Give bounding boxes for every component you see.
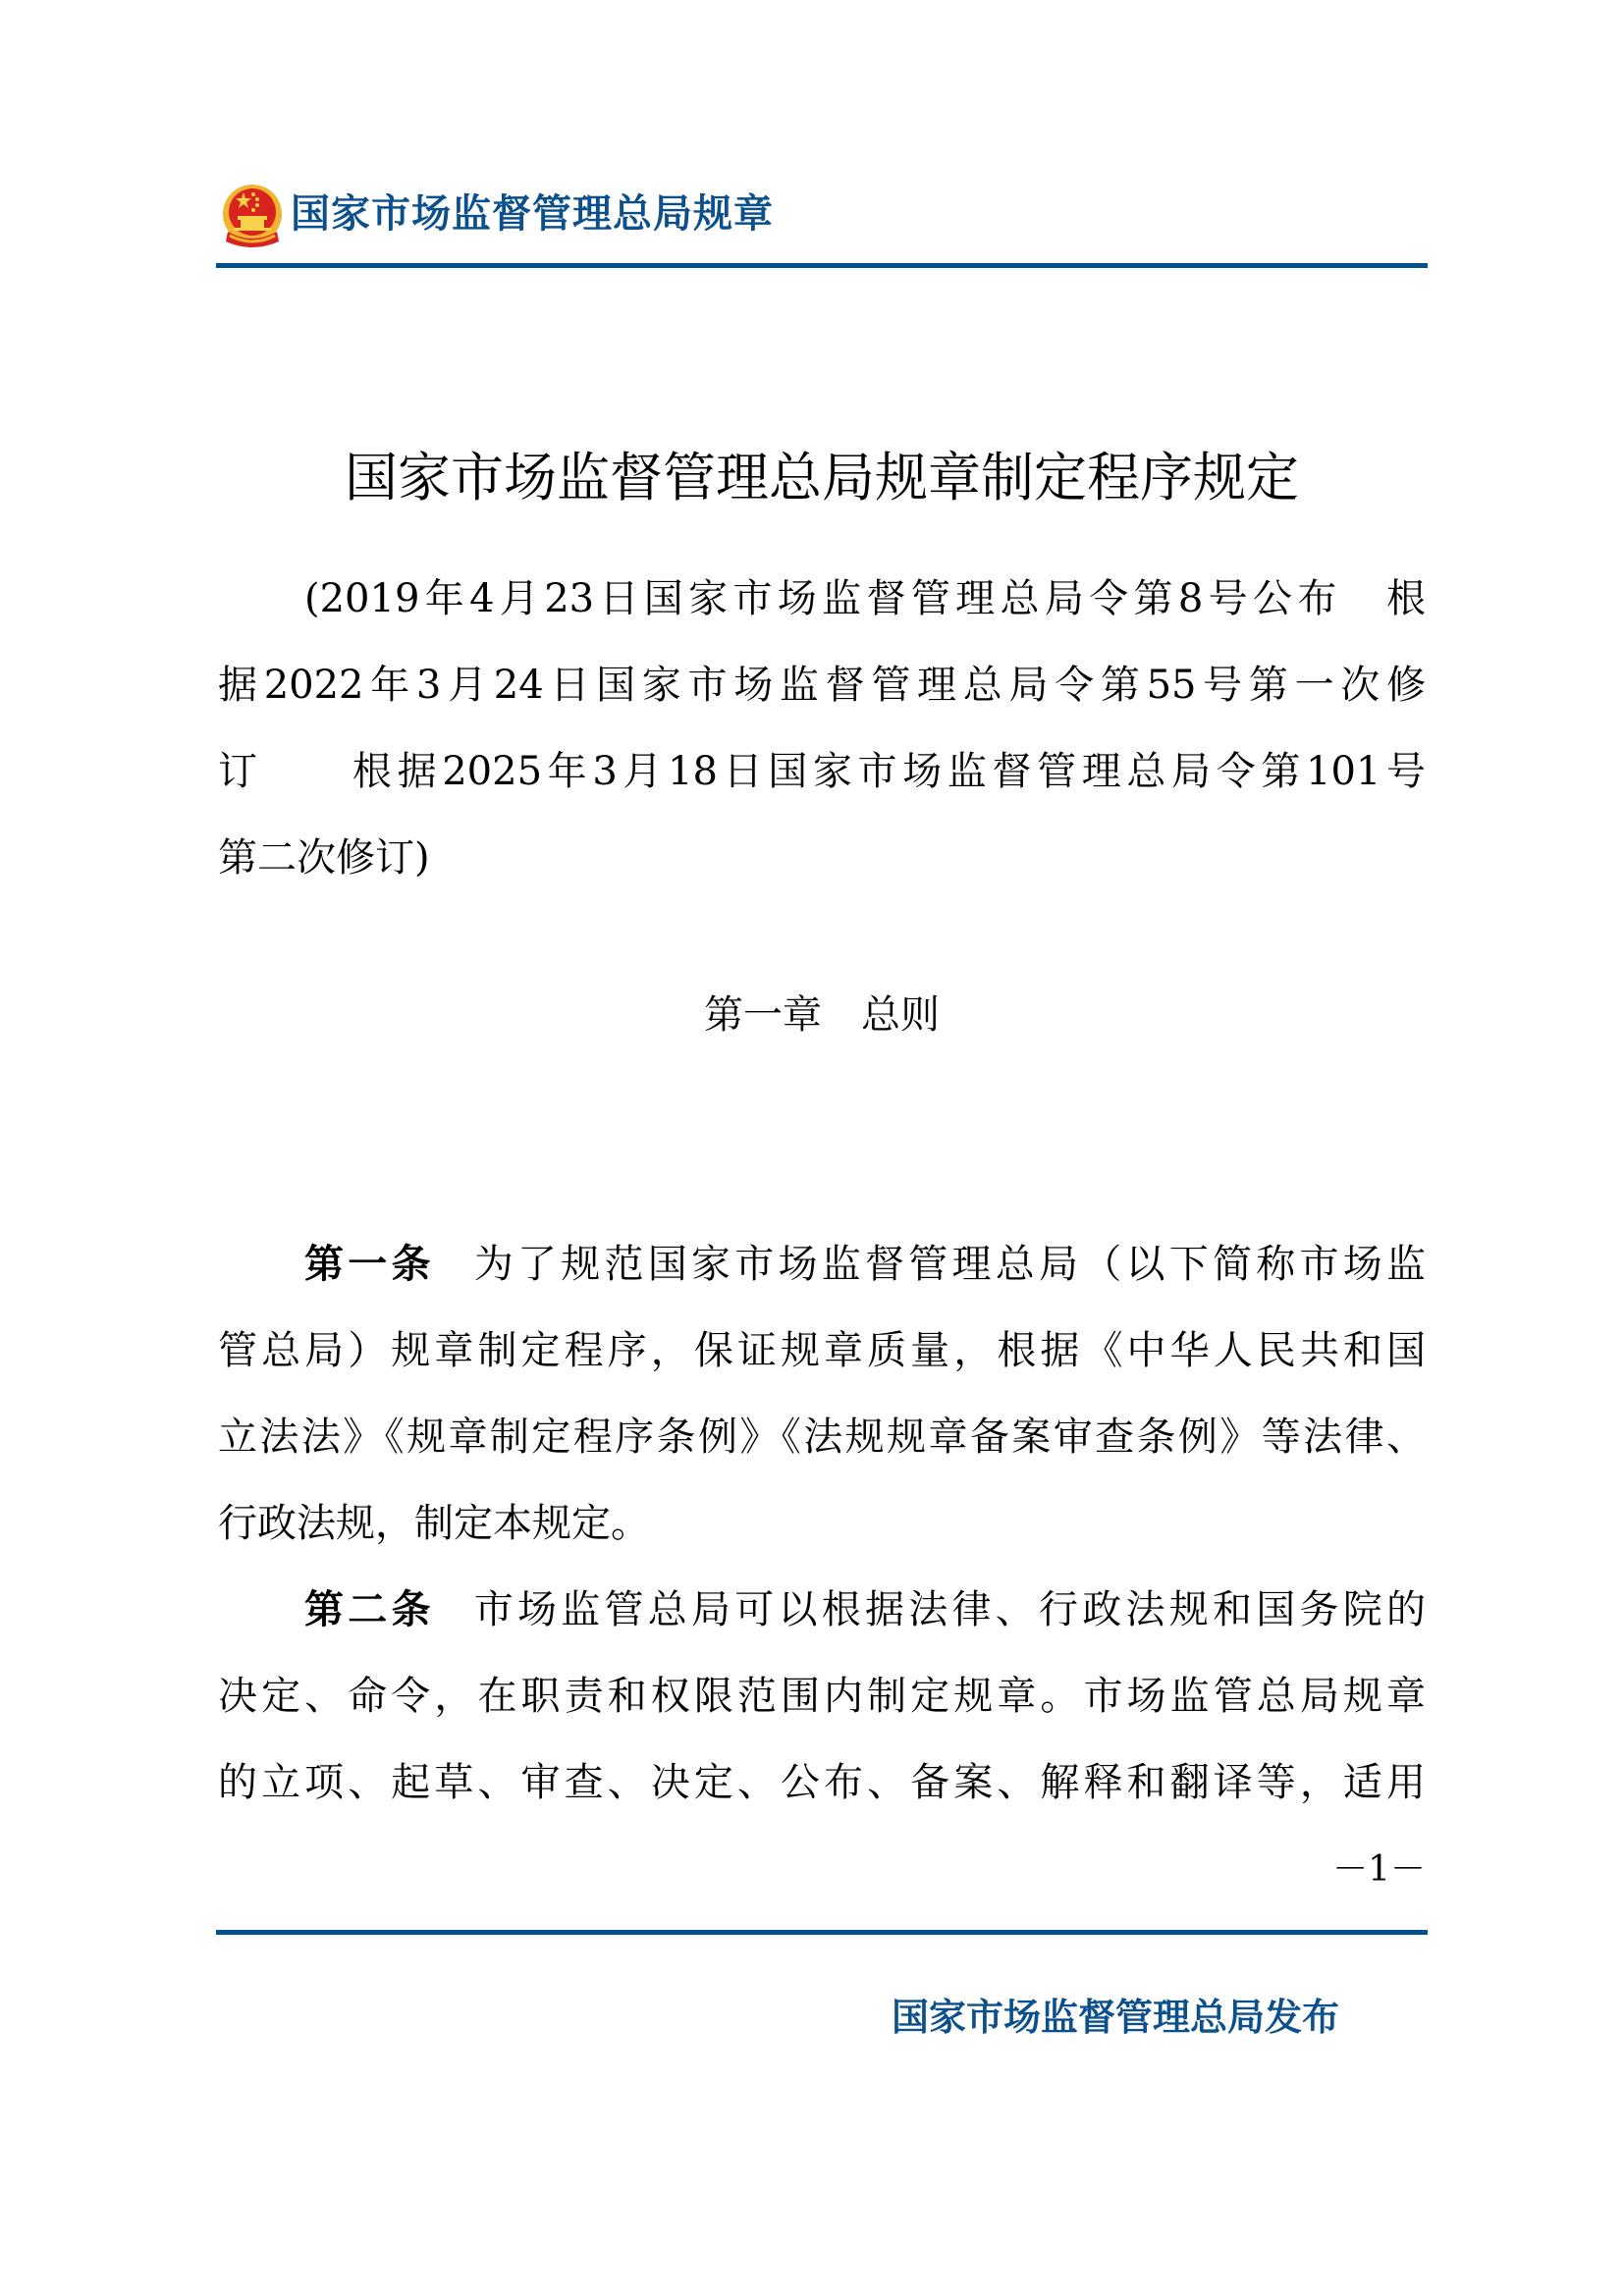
chapter-heading: 第一章 总则 (216, 989, 1428, 1041)
national-emblem-icon (220, 183, 285, 249)
revision-note: (2019年4月23日国家市场监督管理总局令第8号公布 根 据2022年3月24… (218, 556, 1426, 901)
page-number: －1－ (1306, 1847, 1426, 1893)
article-line: 第二条市场监管总局可以根据法律、行政法规和国务院的 (218, 1567, 1426, 1653)
revision-note-line: (2019年4月23日国家市场监督管理总局令第8号公布 根 (218, 556, 1426, 642)
article-2: 第二条市场监管总局可以根据法律、行政法规和国务院的 决定、命令，在职责和权限范围… (218, 1567, 1426, 1826)
article-line: 管总局）规章制定程序，保证规章质量，根据《中华人民共和国 (218, 1308, 1426, 1394)
article-line: 决定、命令，在职责和权限范围内制定规章。市场监管总局规章 (218, 1653, 1426, 1739)
document-title: 国家市场监督管理总局规章制定程序规定 (216, 444, 1428, 512)
article-line: 第一条为了规范国家市场监督管理总局（以下简称市场监 (218, 1221, 1426, 1308)
revision-note-line: 第二次修订) (218, 815, 1426, 901)
article-text: 为了规范国家市场监督管理总局（以下简称市场监 (474, 1242, 1426, 1287)
header-divider (216, 263, 1428, 268)
footer-publisher: 国家市场监督管理总局发布 (892, 1993, 1339, 2042)
article-1: 第一条为了规范国家市场监督管理总局（以下简称市场监 管总局）规章制定程序，保证规… (218, 1221, 1426, 1567)
article-number: 第二条 (304, 1587, 435, 1632)
article-line: 的立项、起草、审查、决定、公布、备案、解释和翻译等，适用 (218, 1739, 1426, 1826)
article-text: 市场监管总局可以根据法律、行政法规和国务院的 (474, 1587, 1426, 1632)
revision-note-line: 订 根据2025年3月18日国家市场监督管理总局令第101号 (218, 728, 1426, 815)
header-title: 国家市场监督管理总局规章 (291, 188, 774, 240)
article-line: 行政法规，制定本规定。 (218, 1480, 1426, 1567)
revision-note-line: 据2022年3月24日国家市场监督管理总局令第55号第一次修 (218, 642, 1426, 728)
footer-divider (216, 1930, 1428, 1935)
article-line: 立法法》《规章制定程序条例》《法规规章备案审查条例》等法律、 (218, 1394, 1426, 1480)
article-number: 第一条 (304, 1242, 435, 1287)
